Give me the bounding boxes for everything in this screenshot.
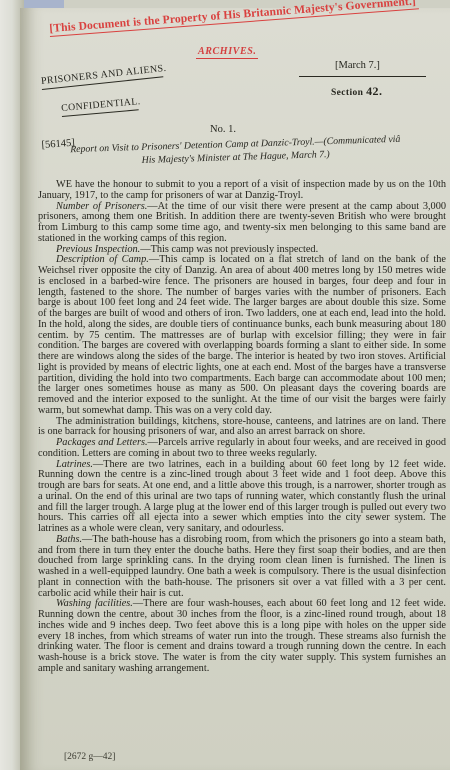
paragraph-heading: Description of Camp. [56, 254, 149, 265]
paragraph-heading: Latrines. [56, 459, 93, 470]
report-title: Report on Visit to Prisoners' Detention … [48, 132, 424, 170]
document-date: [March 7.] [335, 60, 380, 71]
paragraph-number-of-prisoners: Number of Prisoners.—At the time of our … [38, 202, 446, 245]
date-rule [299, 76, 426, 77]
category-heading: PRISONERS AND ALIENS. [41, 63, 164, 90]
section-label: Section 42. [331, 84, 382, 99]
paragraph-baths: Baths.—The bath-house has a disrobing ro… [38, 535, 446, 600]
section-number: 42. [366, 84, 382, 98]
paragraph-intro: WE have the honour to submit to you a re… [38, 180, 446, 202]
section-word: Section [331, 88, 363, 98]
print-reference: [2672 g—42] [64, 752, 115, 762]
classification-heading: CONFIDENTIAL. [61, 96, 139, 117]
archives-stamp: ARCHIVES. [196, 46, 258, 59]
paragraph-administration: The administration buildings, kitchens, … [38, 417, 446, 439]
paragraph-heading: Baths. [56, 534, 82, 545]
paragraph-packages-and-letters: Packages and Letters.—Parcels arrive reg… [38, 438, 446, 460]
paragraph-latrines: Latrines.—There are two latrines, each i… [38, 460, 446, 535]
document-page: [This Document is the Property of His Br… [20, 8, 450, 770]
document-number: No. 1. [210, 124, 236, 135]
paragraph-heading: Previous Inspection. [56, 244, 140, 255]
paragraph-washing-facilities: Washing facilities.—There are four wash-… [38, 599, 446, 674]
property-stamp: [This Document is the Property of His Br… [49, 0, 419, 37]
paragraph-heading: Packages and Letters. [56, 437, 148, 448]
report-body: WE have the honour to submit to you a re… [38, 180, 446, 675]
paragraph-heading: Number of Prisoners. [56, 201, 147, 212]
paragraph-heading: Washing facilities. [56, 598, 133, 609]
paragraph-description-of-camp: Description of Camp.—This camp is locate… [38, 255, 446, 416]
